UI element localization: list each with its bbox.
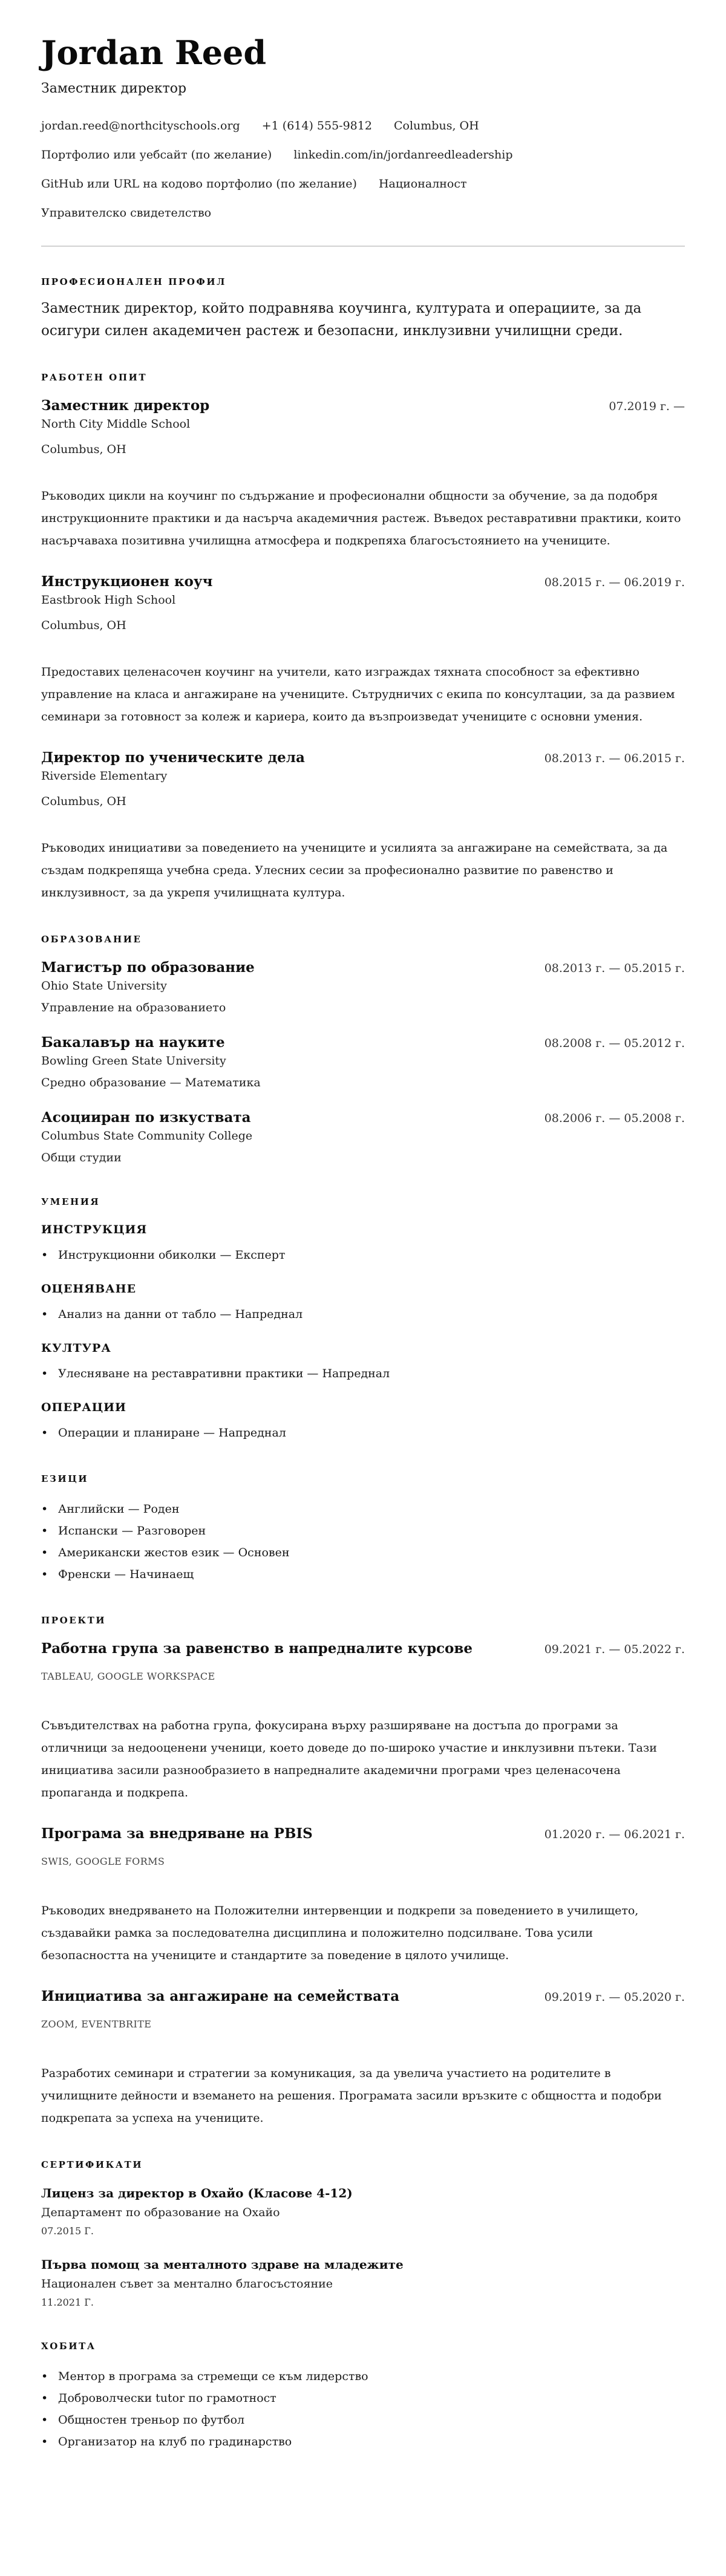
contact-row: jordan.reed@northcityschools.org +1 (614… xyxy=(41,111,685,140)
header-divider xyxy=(41,246,685,247)
project-dates: 09.2019 г. — 05.2020 г. xyxy=(544,1991,685,2004)
project-name: Програма за внедряване на PBIS xyxy=(41,1825,313,1843)
language-item: Английски — Роден xyxy=(41,1498,685,1520)
certification-issuer: Департамент по образование на Охайо xyxy=(41,2202,685,2223)
project-name: Инициатива за ангажиране на семействата xyxy=(41,1987,399,2006)
degree-title: Асоцииран по изкуствата xyxy=(41,1109,251,1127)
certifications-section: Сертификати Лиценз за директор в Охайо (… xyxy=(41,2159,685,2311)
section-title: Хобита xyxy=(41,2340,685,2352)
section-title: Проекти xyxy=(41,1614,685,1626)
profile-section: Професионален профил Заместник директор,… xyxy=(41,276,685,342)
hobbies-section: Хобита Ментор в програма за стремещи се … xyxy=(41,2340,685,2453)
skill-group: Инструкция Инструкционни обиколки — Експ… xyxy=(41,1221,685,1266)
resume-header: Jordan Reed Заместник директор jordan.re… xyxy=(41,34,685,247)
candidate-name: Jordan Reed xyxy=(41,34,685,71)
job-dates: 07.2019 г. — xyxy=(609,400,685,413)
skill-group: Операции Операции и планиране — Напредна… xyxy=(41,1399,685,1444)
job-description: Ръководих цикли на коучинг по съдържание… xyxy=(41,485,685,552)
job-dates: 08.2015 г. — 06.2019 г. xyxy=(544,576,685,589)
skill-group: Оценяване Анализ на данни от табло — Нап… xyxy=(41,1280,685,1325)
contact-location: Columbus, OH xyxy=(394,119,479,132)
contact-github[interactable]: GitHub или URL на кодово портфолио (по ж… xyxy=(41,177,357,191)
language-item: Испански — Разговорен xyxy=(41,1520,685,1542)
contact-license: Управителско свидетелство xyxy=(41,206,211,220)
education-section: Образование Магистър по образование 08.2… xyxy=(41,933,685,1167)
contact-phone[interactable]: +1 (614) 555-9812 xyxy=(262,119,372,132)
school-name: Bowling Green State University xyxy=(41,1052,685,1070)
hobby-item: Доброволчески tutor по грамотност xyxy=(41,2387,685,2409)
education-item: Магистър по образование 08.2013 г. — 05.… xyxy=(41,959,685,1017)
skill-item: Улесняване на реставративни практики — Н… xyxy=(41,1363,685,1384)
job-description: Предоставих целенасочен коучинг на учите… xyxy=(41,661,685,728)
project-description: Съвъдителствах на работна група, фокусир… xyxy=(41,1715,685,1804)
hobby-item: Организатор на клуб по градинарство xyxy=(41,2431,685,2453)
certification-item: Лиценз за директор в Охайо (Класове 4-12… xyxy=(41,2184,685,2240)
section-title: Работен опит xyxy=(41,371,685,383)
certification-name: Първа помощ за менталното здраве на млад… xyxy=(41,2255,685,2274)
skill-group: Култура Улесняване на реставративни прак… xyxy=(41,1340,685,1384)
degree-title: Магистър по образование xyxy=(41,959,255,977)
study-field: Общи студии xyxy=(41,1149,685,1167)
education-dates: 08.2006 г. — 05.2008 г. xyxy=(544,1112,685,1125)
school-name: Ohio State University xyxy=(41,977,685,995)
section-title: Професионален профил xyxy=(41,276,685,288)
certification-date: 07.2015 г. xyxy=(41,2223,685,2240)
job-organization: North City Middle School xyxy=(41,415,685,433)
job-location: Columbus, OH xyxy=(41,616,685,634)
hobby-item: Ментор в програма за стремещи се към лид… xyxy=(41,2366,685,2387)
job-description: Ръководих инициативи за поведението на у… xyxy=(41,837,685,904)
education-item: Бакалавър на науките 08.2008 г. — 05.201… xyxy=(41,1034,685,1092)
language-item: Американски жестов език — Основен xyxy=(41,1542,685,1564)
contact-nationality: Националност xyxy=(379,177,467,191)
project-dates: 01.2020 г. — 06.2021 г. xyxy=(544,1828,685,1841)
contact-row: GitHub или URL на кодово портфолио (по ж… xyxy=(41,169,685,198)
job-location: Columbus, OH xyxy=(41,440,685,458)
profile-summary: Заместник директор, който подравнява коу… xyxy=(41,298,685,342)
job-title: Заместник директор xyxy=(41,397,209,415)
skill-category: Инструкция xyxy=(41,1221,685,1238)
degree-title: Бакалавър на науките xyxy=(41,1034,225,1052)
contact-row: Управителско свидетелство xyxy=(41,198,685,227)
job-location: Columbus, OH xyxy=(41,792,685,810)
section-title: Умения xyxy=(41,1196,685,1208)
project-item: Работна група за равенство в напредналит… xyxy=(41,1640,685,1804)
experience-section: Работен опит Заместник директор 07.2019 … xyxy=(41,371,685,904)
job-organization: Eastbrook High School xyxy=(41,591,685,609)
experience-item: Заместник директор 07.2019 г. — North Ci… xyxy=(41,397,685,552)
project-tech: Tableau, Google Workspace xyxy=(41,1670,685,1683)
project-tech: Zoom, Eventbrite xyxy=(41,2018,685,2031)
contact-linkedin[interactable]: linkedin.com/in/jordanreedleadership xyxy=(293,148,512,161)
education-item: Асоцииран по изкуствата 08.2006 г. — 05.… xyxy=(41,1109,685,1167)
skill-item: Анализ на данни от табло — Напреднал xyxy=(41,1303,685,1325)
contact-row: Портфолио или уебсайт (по желание) linke… xyxy=(41,140,685,169)
projects-section: Проекти Работна група за равенство в нап… xyxy=(41,1614,685,2130)
project-description: Ръководих внедряването на Положителни ин… xyxy=(41,1900,685,1967)
section-title: Образование xyxy=(41,933,685,945)
contact-info: jordan.reed@northcityschools.org +1 (614… xyxy=(41,111,685,227)
skill-category: Култура xyxy=(41,1340,685,1357)
contact-email[interactable]: jordan.reed@northcityschools.org xyxy=(41,119,240,132)
project-description: Разработих семинари и стратегии за комун… xyxy=(41,2062,685,2130)
certification-item: Първа помощ за менталното здраве на млад… xyxy=(41,2255,685,2311)
project-dates: 09.2021 г. — 05.2022 г. xyxy=(544,1643,685,1656)
project-name: Работна група за равенство в напредналит… xyxy=(41,1640,473,1658)
languages-section: Езици Английски — Роден Испански — Разго… xyxy=(41,1473,685,1585)
job-title: Инструкционен коуч xyxy=(41,573,212,591)
section-title: Сертификати xyxy=(41,2159,685,2171)
certification-name: Лиценз за директор в Охайо (Класове 4-12… xyxy=(41,2184,685,2202)
education-dates: 08.2013 г. — 05.2015 г. xyxy=(544,962,685,975)
project-tech: SWIS, Google Forms xyxy=(41,1855,685,1868)
study-field: Средно образование — Математика xyxy=(41,1074,685,1092)
language-item: Френски — Начинаещ xyxy=(41,1564,685,1585)
candidate-headline: Заместник директор xyxy=(41,80,685,98)
skill-item: Операции и планиране — Напреднал xyxy=(41,1422,685,1444)
skill-category: Оценяване xyxy=(41,1280,685,1297)
project-item: Инициатива за ангажиране на семействата … xyxy=(41,1987,685,2130)
contact-portfolio[interactable]: Портфолио или уебсайт (по желание) xyxy=(41,148,272,161)
education-dates: 08.2008 г. — 05.2012 г. xyxy=(544,1037,685,1050)
skill-item: Инструкционни обиколки — Експерт xyxy=(41,1244,685,1266)
certification-date: 11.2021 г. xyxy=(41,2294,685,2311)
experience-item: Инструкционен коуч 08.2015 г. — 06.2019 … xyxy=(41,573,685,728)
experience-item: Директор по ученическите дела 08.2013 г.… xyxy=(41,749,685,904)
hobby-item: Общностен треньор по футбол xyxy=(41,2409,685,2431)
certification-issuer: Национален съвет за ментално благосъстоя… xyxy=(41,2274,685,2294)
job-title: Директор по ученическите дела xyxy=(41,749,305,767)
job-dates: 08.2013 г. — 06.2015 г. xyxy=(544,752,685,765)
skills-section: Умения Инструкция Инструкционни обиколки… xyxy=(41,1196,685,1444)
section-title: Езици xyxy=(41,1473,685,1485)
resume-page: Jordan Reed Заместник директор jordan.re… xyxy=(0,0,726,2489)
job-organization: Riverside Elementary xyxy=(41,767,685,785)
project-item: Програма за внедряване на PBIS 01.2020 г… xyxy=(41,1825,685,1967)
study-field: Управление на образованието xyxy=(41,999,685,1017)
school-name: Columbus State Community College xyxy=(41,1127,685,1145)
skill-category: Операции xyxy=(41,1399,685,1416)
